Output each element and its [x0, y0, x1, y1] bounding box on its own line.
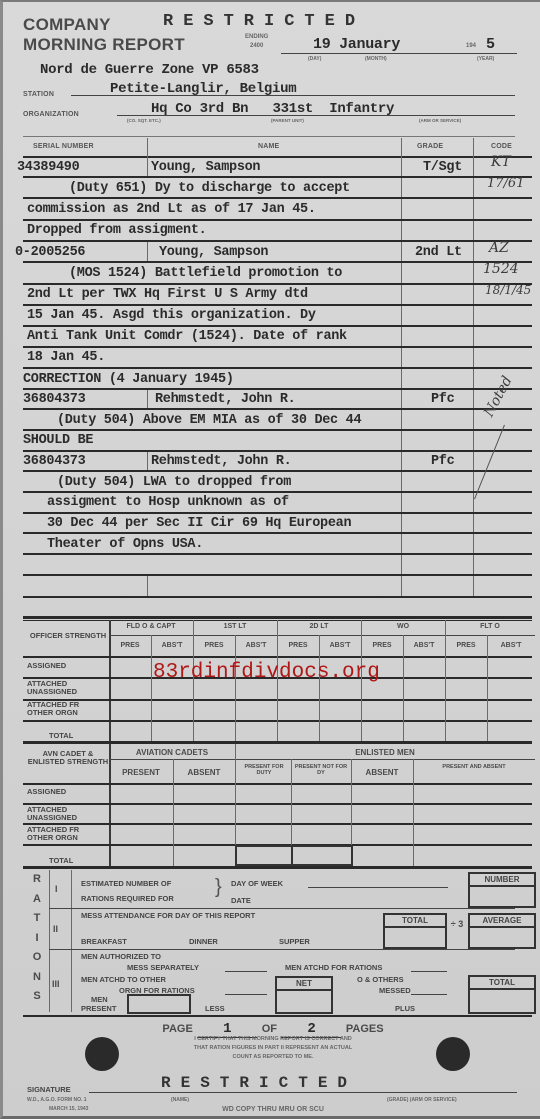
row-rule: [23, 325, 532, 327]
row-rule: [23, 450, 532, 452]
day-caption: (DAY): [308, 56, 321, 62]
present-label: PRESENT: [81, 1005, 116, 1013]
page-total: 2: [307, 1021, 315, 1037]
entry-text: (MOS 1524) Battlefield promotion to: [69, 266, 342, 281]
rations-letter: A: [27, 890, 47, 910]
sub-abst: ABS'T: [487, 642, 535, 649]
rations-total-label: TOTAL: [470, 977, 534, 990]
entry-name: Rehmstedt, John R.: [155, 392, 295, 407]
rations-letter: O: [27, 948, 47, 968]
messed-label: MESSED: [379, 987, 411, 995]
supper-label: SUPPER: [279, 938, 310, 946]
mess-total-box[interactable]: TOTAL: [383, 913, 447, 949]
grid-rule: [23, 866, 532, 869]
men-label: MEN: [91, 996, 108, 1004]
date-underline: [281, 53, 491, 54]
sub-pres: PRES: [277, 642, 319, 649]
row-rule: [23, 219, 532, 221]
entry-text: (Duty 504) LWA to dropped from: [57, 475, 291, 490]
plus-label: PLUS: [395, 1005, 415, 1013]
section-i-number: I: [55, 884, 58, 894]
section-iii-number: III: [52, 979, 60, 989]
grid-rule: [23, 823, 532, 825]
estimated-number-label: ESTIMATED NUMBER OF: [81, 880, 171, 888]
mess-attendance-label: MESS ATTENDANCE FOR DAY OF THIS REPORT: [81, 912, 255, 920]
grid-col: [413, 759, 414, 866]
rations-letter: N: [27, 968, 47, 988]
grid-col: [319, 635, 320, 741]
month-caption: (MONTH): [365, 56, 387, 62]
grid-col: [403, 635, 404, 741]
rations-letter: S: [27, 987, 47, 1007]
row-rule: [23, 491, 532, 493]
grid-rule: [23, 741, 532, 744]
average-box[interactable]: AVERAGE: [468, 913, 536, 949]
row-attached-unassigned: ATTACHED UNASSIGNED: [27, 680, 87, 696]
entry-name: Young, Sampson: [159, 245, 268, 260]
entry-text: 18 Jan 45.: [27, 350, 105, 365]
signature-line: [89, 1092, 517, 1093]
sub-pres: PRES: [445, 642, 487, 649]
orgn-rations-line: [225, 994, 267, 995]
row-rule: [23, 304, 532, 306]
atchd-rations-line: [411, 971, 447, 972]
col-divider: [109, 620, 111, 743]
grid-rule: [23, 803, 532, 805]
row-rule: [23, 388, 532, 390]
form-title-company: COMPANY: [23, 15, 111, 35]
group-enlisted-men: ENLISTED MEN: [235, 748, 535, 757]
row-attached-unassigned: ATTACHED UNASSIGNED: [27, 806, 87, 822]
net-box-label: NET: [277, 978, 331, 991]
entry-text: Anti Tank Unit Comdr (1524). Date of ran…: [27, 329, 347, 344]
day-of-week-label: DAY OF WEEK: [231, 880, 283, 888]
entry-name: Rehmstedt, John R.: [151, 454, 291, 469]
sub-pres: PRES: [109, 642, 151, 649]
row-rule: [23, 512, 532, 514]
col-header-serial: SERIAL NUMBER: [33, 143, 94, 150]
row-total: TOTAL: [49, 857, 73, 865]
grade-caption: (GRADE) (ARM OR SERVICE): [387, 1097, 457, 1103]
officer-strength-title: OFFICER STRENGTH: [27, 632, 109, 640]
row-rule: [23, 176, 532, 178]
entry-text: Theater of Opns USA.: [47, 537, 203, 552]
row-assigned: ASSIGNED: [27, 788, 107, 796]
men-present-box[interactable]: [127, 994, 191, 1014]
entry-code: AZ: [489, 240, 509, 256]
row-rule: [23, 429, 532, 431]
rations-rule: [49, 908, 515, 909]
page-number: 1: [223, 1021, 231, 1037]
binder-hole-left: [85, 1037, 119, 1071]
ending-label: ENDING: [245, 34, 268, 40]
col-divider: [147, 388, 148, 409]
org-caption-parent: (PARENT UNIT): [271, 118, 304, 123]
group-2d-lt: 2D LT: [277, 623, 361, 630]
day-of-week-line: [308, 887, 448, 888]
messed-line: [411, 994, 447, 995]
total-present-not-for-duty-box[interactable]: [291, 845, 353, 866]
entry-text: commission as 2nd Lt as of 17 Jan 45.: [27, 202, 316, 217]
entry-serial: 36804373: [23, 454, 85, 469]
pages-label: PAGES: [346, 1023, 384, 1035]
row-rule: [23, 470, 532, 472]
average-box-label: AVERAGE: [470, 915, 534, 928]
entry-grade: Pfc: [431, 392, 454, 407]
grid-rule: [23, 783, 532, 785]
organization-label: ORGANIZATION: [23, 111, 79, 118]
entry-text: (Duty 504) Above EM MIA as of 30 Dec 44: [57, 413, 361, 428]
entry-grade: 2nd Lt: [415, 245, 462, 260]
group-fld-capt: FLD O & CAPT: [109, 623, 193, 630]
margin-note-stroke: [474, 425, 505, 500]
breakfast-label: BREAKFAST: [81, 938, 127, 946]
entry-text: (Duty 651) Dy to discharge to accept: [69, 181, 350, 196]
sub-pres: PRES: [193, 642, 235, 649]
grid-col: [445, 620, 446, 741]
col-header-code: CODE: [491, 143, 512, 150]
page-label: PAGE: [162, 1023, 192, 1035]
entry-text: Dropped from assigment.: [27, 223, 206, 238]
col-header-name: NAME: [258, 143, 279, 150]
rations-col: [71, 870, 72, 1012]
entry-grade: T/Sgt: [423, 160, 462, 175]
col-header-grade: GRADE: [417, 143, 443, 150]
col-present-and-absent: PRESENT AND ABSENT: [415, 764, 533, 770]
sub-abst: ABS'T: [151, 642, 193, 649]
grid-col: [173, 759, 174, 866]
signature-label: SIGNATURE: [27, 1086, 71, 1094]
section-rule: [23, 616, 532, 619]
ending-2400-label: 2400: [250, 43, 263, 49]
location-grid-ref: Nord de Guerre Zone VP 6583: [40, 62, 259, 78]
watermark-text: 83rdinfdivdocs.org: [153, 661, 380, 684]
table-header-rule: [23, 156, 532, 158]
year-caption: (YEAR): [477, 56, 494, 62]
name-caption: (NAME): [171, 1097, 189, 1103]
enlisted-strength-title: AVN CADET & ENLISTED STRENGTH: [27, 750, 109, 766]
row-total: TOTAL: [49, 732, 73, 740]
form-title-morning-report: MORNING REPORT: [23, 35, 185, 55]
entry-code: 1524: [483, 261, 519, 277]
entry-code: 18/1/45: [485, 283, 531, 297]
divide-by-three: ÷ 3: [450, 918, 464, 930]
row-rule: [23, 553, 532, 555]
group-wo: WO: [361, 623, 445, 630]
mess-separately-label: MESS SEPARATELY: [127, 964, 199, 972]
grid-col: [151, 635, 152, 741]
form-id-line-1: W.D., A.G.O. FORM NO. 1: [27, 1097, 87, 1103]
entry-code: 17/61: [487, 176, 524, 191]
entry-code: KT: [491, 154, 511, 170]
number-box[interactable]: NUMBER: [468, 872, 536, 908]
classification-top: RESTRICTED: [163, 12, 365, 31]
col-present-not-for-duty: PRESENT NOT FOR DY: [293, 764, 349, 776]
organization-underline: [117, 115, 515, 116]
row-rule: [23, 596, 532, 598]
row-attached-other: ATTACHED FR OTHER ORGN: [27, 701, 93, 717]
entry-name: Young, Sampson: [151, 160, 260, 175]
grid-col: [235, 635, 236, 741]
col-present-for-duty: PRESENT FOR DUTY: [237, 764, 291, 776]
less-label: LESS: [205, 1005, 225, 1013]
net-box[interactable]: NET: [275, 976, 333, 1014]
number-box-label: NUMBER: [470, 874, 534, 887]
col-divider: [147, 156, 148, 176]
table-top-line: [23, 136, 515, 137]
o-and-others-label: O & OTHERS: [357, 976, 404, 984]
rations-col: [49, 870, 50, 1012]
dinner-label: DINNER: [189, 938, 218, 946]
total-present-for-duty-box[interactable]: [235, 845, 293, 866]
sub-abst: ABS'T: [403, 642, 445, 649]
row-rule: [23, 197, 532, 199]
men-atchd-for-rations-label: MEN ATCHD FOR RATIONS: [285, 964, 382, 972]
group-flt-o: FLT O: [445, 623, 535, 630]
grid-rule: [109, 635, 535, 636]
report-date: 19 January: [313, 36, 400, 53]
entry-serial: 0-2005256: [15, 245, 85, 260]
of-label: OF: [262, 1023, 277, 1035]
org-caption-arm: (ARM OR SERVICE): [419, 118, 461, 123]
mess-total-label: TOTAL: [385, 915, 445, 928]
report-year: 5: [486, 36, 495, 53]
row-rule: [23, 240, 532, 242]
station-label: STATION: [23, 91, 54, 98]
classification-bottom: RESTRICTED: [161, 1074, 357, 1092]
entry-serial: 36804373: [23, 392, 85, 407]
entry-text: 15 Jan 45. Asgd this organization. Dy: [27, 308, 316, 323]
rations-letter: T: [27, 909, 47, 929]
rations-side-label: R A T I O N S: [27, 870, 47, 1007]
margin-note-noted: Noted: [481, 374, 516, 420]
row-rule: [23, 532, 532, 534]
rations-bottom-rule: [23, 1015, 532, 1017]
row-attached-other: ATTACHED FR OTHER ORGN: [27, 826, 93, 842]
row-rule: [23, 408, 532, 410]
group-aviation-cadets: AVIATION CADETS: [109, 748, 235, 757]
row-assigned: ASSIGNED: [27, 662, 107, 670]
col-absent-em: ABSENT: [351, 768, 413, 777]
station-underline: [71, 95, 515, 96]
date-label: DATE: [231, 897, 251, 905]
col-divider: [147, 574, 148, 596]
entry-text: 2nd Lt per TWX Hq First U S Army dtd: [27, 287, 308, 302]
entry-serial: 34389490: [17, 160, 79, 175]
row-rule: [23, 574, 532, 576]
row-rule: [23, 283, 532, 285]
section-ii-number: II: [53, 924, 58, 934]
men-authorized-label: MEN AUTHORIZED TO: [81, 953, 161, 961]
col-present: PRESENT: [109, 768, 173, 777]
col-absent: ABSENT: [173, 768, 235, 777]
row-rule: [23, 367, 532, 369]
col-divider: [147, 450, 148, 470]
correction-heading: CORRECTION (4 January 1945): [23, 372, 234, 387]
row-rule: [23, 261, 532, 263]
entry-grade: Pfc: [431, 454, 454, 469]
binder-hole-right: [436, 1037, 470, 1071]
morning-report-document: COMPANY MORNING REPORT RESTRICTED ENDING…: [0, 0, 540, 1119]
rations-rule: [49, 949, 515, 950]
row-rule: [23, 346, 532, 348]
group-1st-lt: 1ST LT: [193, 623, 277, 630]
mess-separately-line: [225, 971, 267, 972]
rations-required-label: RATIONS REQUIRED FOR: [81, 895, 174, 903]
copy-note: WD COPY THRU MRU OR SCU: [3, 1106, 540, 1113]
sub-abst: ABS'T: [319, 642, 361, 649]
grid-col: [487, 635, 488, 741]
sub-pres: PRES: [361, 642, 403, 649]
rations-total-box[interactable]: TOTAL: [468, 975, 536, 1014]
col-divider: [109, 744, 111, 868]
men-atchd-other-label: MEN ATCHD TO OTHER: [81, 976, 166, 984]
should-be-heading: SHOULD BE: [23, 433, 93, 448]
rations-letter: R: [27, 870, 47, 890]
sub-abst: ABS'T: [235, 642, 277, 649]
entry-text: assigment to Hosp unknown as of: [47, 495, 289, 510]
brace-glyph: }: [215, 876, 222, 899]
col-divider: [147, 138, 148, 156]
rations-letter: I: [27, 929, 47, 949]
year-prefix: 194: [466, 43, 476, 49]
col-divider: [147, 240, 148, 262]
year-underline: [481, 53, 517, 54]
org-caption-unit: (CO. SQT. ETC.): [127, 118, 161, 123]
entry-text: 30 Dec 44 per Sec II Cir 69 Hq European: [47, 516, 351, 531]
